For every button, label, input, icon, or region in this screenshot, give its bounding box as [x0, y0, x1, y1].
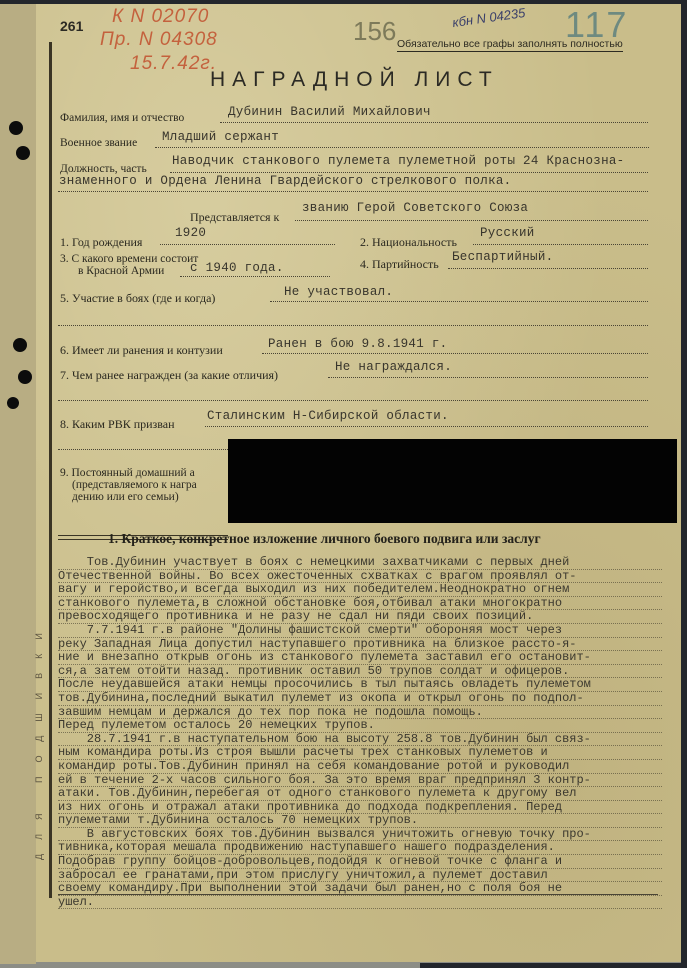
wounds-label: 6. Имеет ли ранения и контузии — [60, 343, 223, 358]
narrative-line: завшим немцам и держался до тех пор пока… — [58, 706, 662, 720]
narrative-line: Подобрав группу бойцов-добровольцев,подо… — [58, 855, 662, 869]
name-dotline — [220, 122, 648, 123]
wounds-value: Ранен в бою 9.8.1941 г. — [268, 337, 447, 351]
binding-line — [49, 42, 52, 898]
rvk-dotline-2 — [58, 449, 228, 450]
birth-year-value: 1920 — [175, 226, 206, 240]
punch-hole-icon — [18, 370, 32, 384]
address-label-1: 9. Постоянный домашний а — [60, 467, 195, 479]
name-value: Дубинин Василий Михайлович — [228, 105, 431, 119]
army-since-label-1: 3. С какого времени состоит — [60, 253, 198, 265]
margin-vertical-text: ДЛЯ ПОДШИВКИ — [34, 560, 48, 860]
narrative-line: ние и внезапно открыв огонь из станковог… — [58, 651, 662, 665]
narrative-line: из них огонь и отражал атаки противника … — [58, 801, 662, 815]
army-since-value: с 1940 года. — [190, 261, 284, 275]
narrative-line: Отечественной войны. Во всех ожесточенны… — [58, 570, 662, 584]
narrative-end-line — [58, 894, 658, 895]
narrative-line: ным командира роты.Из строя вышли расчет… — [58, 746, 662, 760]
narrative-line: тивника,которая мешала продвижению насту… — [58, 841, 662, 855]
name-label: Фамилия, имя и отчество — [60, 112, 184, 124]
rvk-label: 8. Каким РВК призван — [60, 417, 175, 432]
army-since-label-2: в Красной Армии — [78, 265, 164, 277]
party-dotline — [448, 268, 648, 269]
red-stamp-line-1: К N 02070 — [112, 6, 209, 28]
rank-label: Военное звание — [60, 137, 137, 149]
position-value-line1: Наводчик станкового пулемета пулеметной … — [172, 154, 624, 168]
previous-awards-label: 7. Чем ранее награжден (за какие отличия… — [60, 368, 278, 383]
battles-label: 5. Участие в боях (где и когда) — [60, 291, 215, 306]
nationality-label: 2. Национальность — [360, 235, 457, 250]
narrative-text: Тов.Дубинин участвует в боях с немецкими… — [58, 556, 662, 909]
nominated-label: Представляется к — [190, 210, 279, 225]
narrative-line: пулеметами т.Дубинина осталось 70 немецк… — [58, 814, 662, 828]
redaction-block — [228, 439, 677, 523]
red-stamp-line-3: 15.7.42г. — [130, 53, 217, 75]
narrative-line: станкового пулемета,в сложной обстановке… — [58, 597, 662, 611]
narrative-line: После неудавшейся атаки немцы просочилис… — [58, 678, 662, 692]
scan-right-edge — [681, 6, 687, 964]
army-since-dotline — [180, 276, 330, 277]
rvk-value: Сталинским Н-Сибирской области. — [207, 409, 449, 423]
pencil-number: 156 — [353, 16, 396, 47]
punch-hole-icon — [7, 397, 19, 409]
narrative-line: реку Западная Лица допустил наступавшего… — [58, 638, 662, 652]
address-label-2: (представляемого к награ — [72, 479, 197, 491]
narrative-line: ся,а затем отойти назад. противник остав… — [58, 665, 662, 679]
birth-year-label: 1. Год рождения — [60, 235, 142, 250]
party-value: Беспартийный. — [452, 250, 553, 264]
battles-dotline-2 — [58, 325, 648, 326]
red-stamp-line-2: Пр. N 04308 — [100, 29, 218, 51]
narrative-line: тов.Дубинина,последний выкатил пулемет и… — [58, 692, 662, 706]
punch-hole-icon — [16, 146, 30, 160]
narrative-line: ей в течение 2-х часов сильного боя. За … — [58, 774, 662, 788]
party-label: 4. Партийность — [360, 257, 439, 272]
nominated-dotline — [295, 220, 648, 221]
narrative-line: Тов.Дубинин участвует в боях с немецкими… — [58, 556, 662, 570]
previous-awards-dotline — [328, 377, 648, 378]
previous-awards-value: Не награждался. — [335, 360, 452, 374]
narrative-line: вагу и геройство,и всегда выходил из них… — [58, 583, 662, 597]
punch-hole-icon — [9, 121, 23, 135]
wounds-dotline — [262, 353, 648, 354]
battles-value: Не участвовал. — [284, 285, 393, 299]
sheet-number: 261 — [60, 18, 83, 34]
nominated-value: званию Герой Советского Союза — [302, 201, 528, 215]
position-dotline-2 — [58, 191, 648, 192]
punch-hole-icon — [13, 338, 27, 352]
fill-all-fields-notice: Обязательно все графы заполнять полность… — [397, 38, 623, 52]
previous-awards-dotline-2 — [58, 400, 648, 401]
narrative-line: В августовских боях тов.Дубинин вызвался… — [58, 828, 662, 842]
rank-value: Младший сержант — [162, 130, 279, 144]
narrative-line: Перед пулеметом осталось 20 немецких тру… — [58, 719, 662, 733]
section-title: 1. Краткое, конкретное изложение личного… — [108, 531, 541, 547]
position-value-line2: знаменного и Ордена Ленина Гвардейского … — [59, 174, 511, 188]
battles-dotline — [270, 301, 648, 302]
scan-bottom-edge — [420, 963, 687, 968]
narrative-line: забросал ее гранатами,при этом прислугу … — [58, 869, 662, 883]
nationality-value: Русский — [480, 226, 535, 240]
birth-year-dotline — [160, 244, 335, 245]
rvk-dotline — [205, 426, 648, 427]
address-label-3: дению или его семьи) — [72, 491, 179, 503]
narrative-line: командир роты.Тов.Дубинин принял на себя… — [58, 760, 662, 774]
nationality-dotline — [473, 244, 648, 245]
narrative-line: атаки. Тов.Дубинин,перебегая от одного с… — [58, 787, 662, 801]
narrative-line: 7.7.1941 г.в районе "Долины фашистской с… — [58, 624, 662, 638]
narrative-line: ушел. — [58, 896, 662, 910]
document-title: НАГРАДНОЙ ЛИСТ — [210, 68, 499, 92]
rank-dotline — [155, 147, 649, 148]
narrative-line: 28.7.1941 г.в наступательном бою на высо… — [58, 733, 662, 747]
position-dotline-1 — [170, 172, 648, 173]
narrative-line: превосходящего противника и не разу не с… — [58, 610, 662, 624]
